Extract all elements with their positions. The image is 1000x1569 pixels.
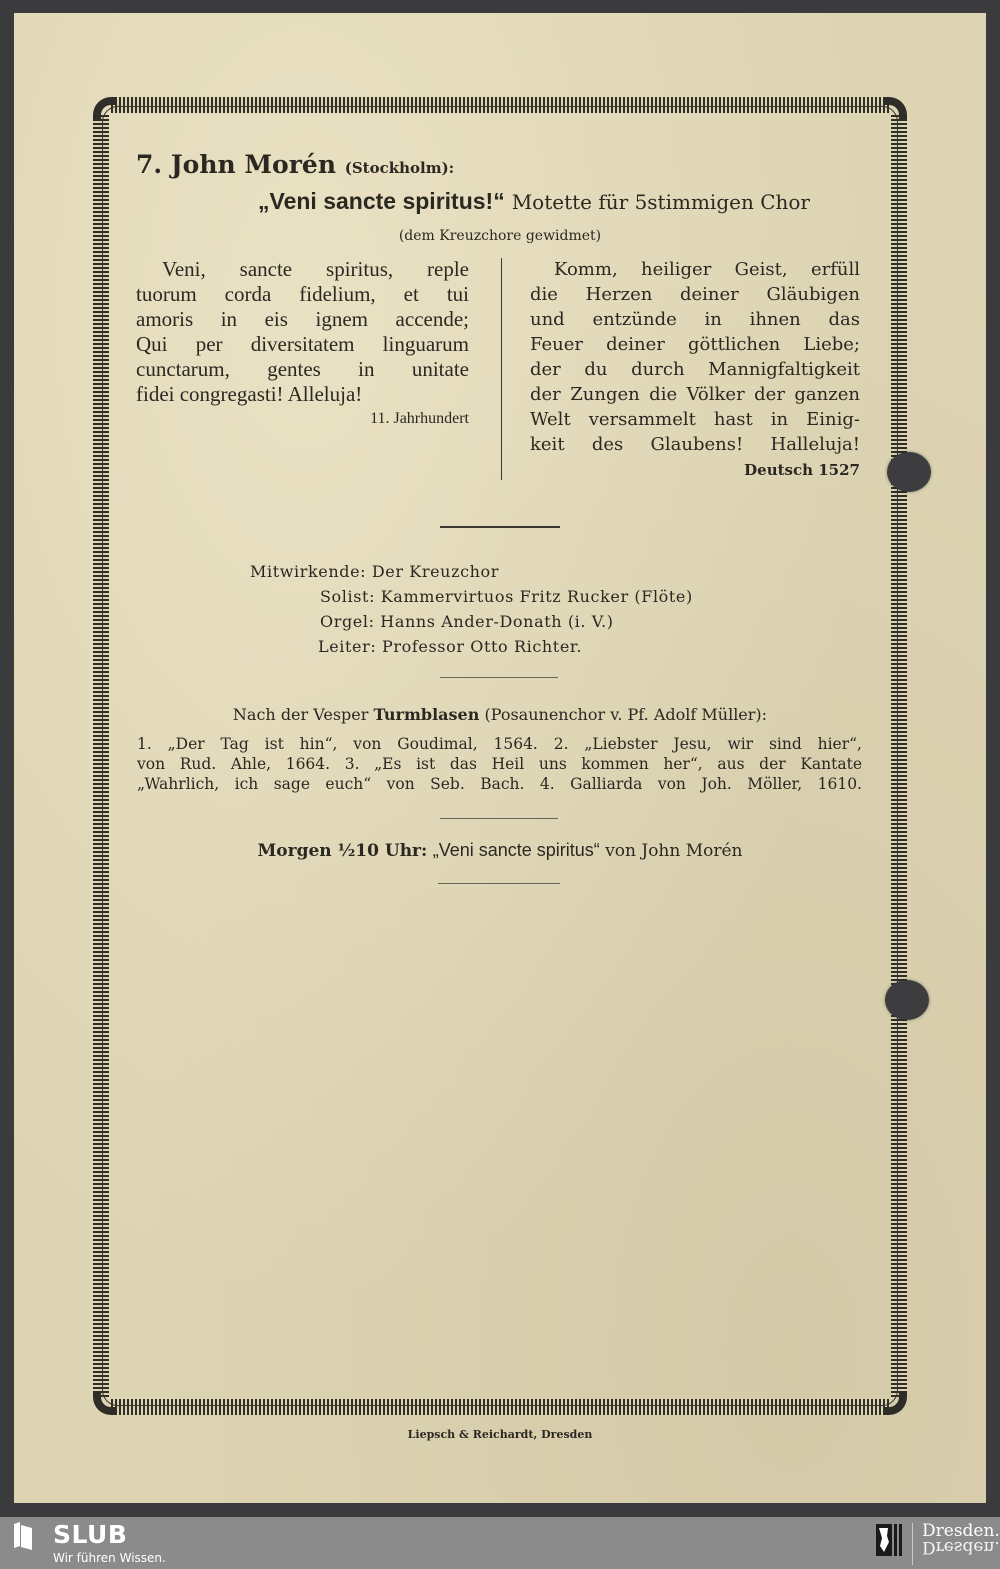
credit-conductor: Leiter: Professor Otto Richter. bbox=[318, 637, 582, 656]
latin-source: 11. Jahrhundert bbox=[136, 410, 469, 428]
german-line: Feuer deiner göttlichen Liebe; bbox=[530, 332, 860, 357]
german-line: der du durch Mannigfaltigkeit bbox=[530, 357, 860, 382]
german-line: die Herzen deiner Gläubigen bbox=[530, 282, 860, 307]
latin-line: tuorum corda fidelium, et tui bbox=[136, 282, 469, 307]
pieces-line: „Wahrlich, ich sage euch“ von Seb. Bach.… bbox=[137, 774, 862, 794]
punch-hole-lower bbox=[885, 980, 929, 1020]
composer-city: (Stockholm): bbox=[345, 159, 455, 177]
dresden-coat-of-arms-icon bbox=[876, 1524, 902, 1556]
credit-participants: Mitwirkende: Der Kreuzchor bbox=[250, 562, 499, 581]
after-vesper-prefix: Nach der Vesper bbox=[233, 705, 368, 724]
tomorrow-suffix: von John Morén bbox=[605, 841, 742, 861]
credit-value: Professor Otto Richter. bbox=[382, 637, 582, 656]
column-divider bbox=[501, 258, 502, 480]
work-title-line: „Veni sancte spiritus!“ Motette für 5sti… bbox=[258, 188, 810, 215]
tomorrow-label: Morgen ½10 Uhr: bbox=[257, 841, 427, 861]
credit-value: Der Kreuzchor bbox=[372, 562, 499, 581]
credit-value: Kammervirtuos Fritz Rucker (Flöte) bbox=[381, 587, 693, 606]
credit-label: Orgel: bbox=[320, 612, 375, 631]
work-type: Motette für 5stimmigen Chor bbox=[512, 190, 810, 214]
tomorrow-title: „Veni sancte spiritus“ bbox=[433, 840, 600, 860]
work-title: „Veni sancte spiritus!“ bbox=[258, 188, 505, 214]
slub-book-icon bbox=[12, 1522, 34, 1550]
punch-hole-upper bbox=[887, 452, 931, 492]
program-item-heading: 7. John Morén (Stockholm): bbox=[136, 150, 454, 179]
credit-value: Hanns Ander-Donath (i. V.) bbox=[380, 612, 613, 631]
dresden-logo[interactable]: Dresden. Dresden. bbox=[922, 1523, 1000, 1555]
german-line: keit des Glaubens! Halleluja! bbox=[530, 432, 860, 457]
section-divider bbox=[440, 818, 558, 819]
after-vesper-heading: Nach der Vesper Turmblasen (Posaunenchor… bbox=[0, 705, 1000, 724]
pieces-line: 1. „Der Tag ist hin“, von Goudimal, 1564… bbox=[137, 734, 862, 754]
latin-line: fidei congregasti! Alleluja! bbox=[136, 382, 469, 407]
after-vesper-pieces: 1. „Der Tag ist hin“, von Goudimal, 1564… bbox=[137, 734, 862, 794]
credit-soloist: Solist: Kammervirtuos Fritz Rucker (Flöt… bbox=[320, 587, 693, 606]
german-text-column: Komm, heiliger Geist, erfüll die Herzen … bbox=[530, 257, 860, 457]
section-divider bbox=[440, 677, 558, 678]
composer-name: John Morén bbox=[171, 150, 336, 179]
latin-line: Veni, sancte spiritus, reple bbox=[136, 257, 469, 282]
footer-divider bbox=[912, 1523, 913, 1565]
german-line: Komm, heiliger Geist, erfüll bbox=[530, 257, 860, 282]
credit-organ: Orgel: Hanns Ander-Donath (i. V.) bbox=[320, 612, 614, 631]
item-number: 7. bbox=[136, 150, 162, 179]
credit-label: Leiter: bbox=[318, 637, 376, 656]
german-line: Welt versammelt hast in Einig- bbox=[530, 407, 860, 432]
slub-tagline: Wir führen Wissen. bbox=[53, 1551, 166, 1565]
dresden-logo-mirror: Dresden. bbox=[922, 1539, 1000, 1555]
after-vesper-suffix: (Posaunenchor v. Pf. Adolf Müller): bbox=[484, 705, 767, 724]
section-divider bbox=[440, 526, 560, 528]
german-line: der Zungen die Völker der ganzen bbox=[530, 382, 860, 407]
credit-label: Mitwirkende: bbox=[250, 562, 366, 581]
credit-label: Solist: bbox=[320, 587, 375, 606]
latin-text-column: Veni, sancte spiritus, reple tuorum cord… bbox=[136, 257, 469, 407]
latin-line: amoris in eis ignem accende; bbox=[136, 307, 469, 332]
section-divider bbox=[438, 883, 560, 884]
slub-footer-bar: SLUB Wir führen Wissen. Dresden. Dresden… bbox=[0, 1517, 1000, 1569]
latin-line: cunctarum, gentes in unitate bbox=[136, 357, 469, 382]
slub-name[interactable]: SLUB bbox=[53, 1520, 127, 1549]
printer-imprint: Liepsch & Reichardt, Dresden bbox=[0, 1428, 1000, 1441]
german-line: und entzünde in ihnen das bbox=[530, 307, 860, 332]
latin-line: Qui per diversitatem linguarum bbox=[136, 332, 469, 357]
tomorrow-announcement: Morgen ½10 Uhr: „Veni sancte spiritus“ v… bbox=[0, 840, 1000, 861]
pieces-line: von Rud. Ahle, 1664. 3. „Es ist das Heil… bbox=[137, 754, 862, 774]
after-vesper-bold: Turmblasen bbox=[373, 705, 479, 724]
dedication: (dem Kreuzchore gewidmet) bbox=[0, 228, 1000, 244]
german-source: Deutsch 1527 bbox=[530, 461, 860, 479]
